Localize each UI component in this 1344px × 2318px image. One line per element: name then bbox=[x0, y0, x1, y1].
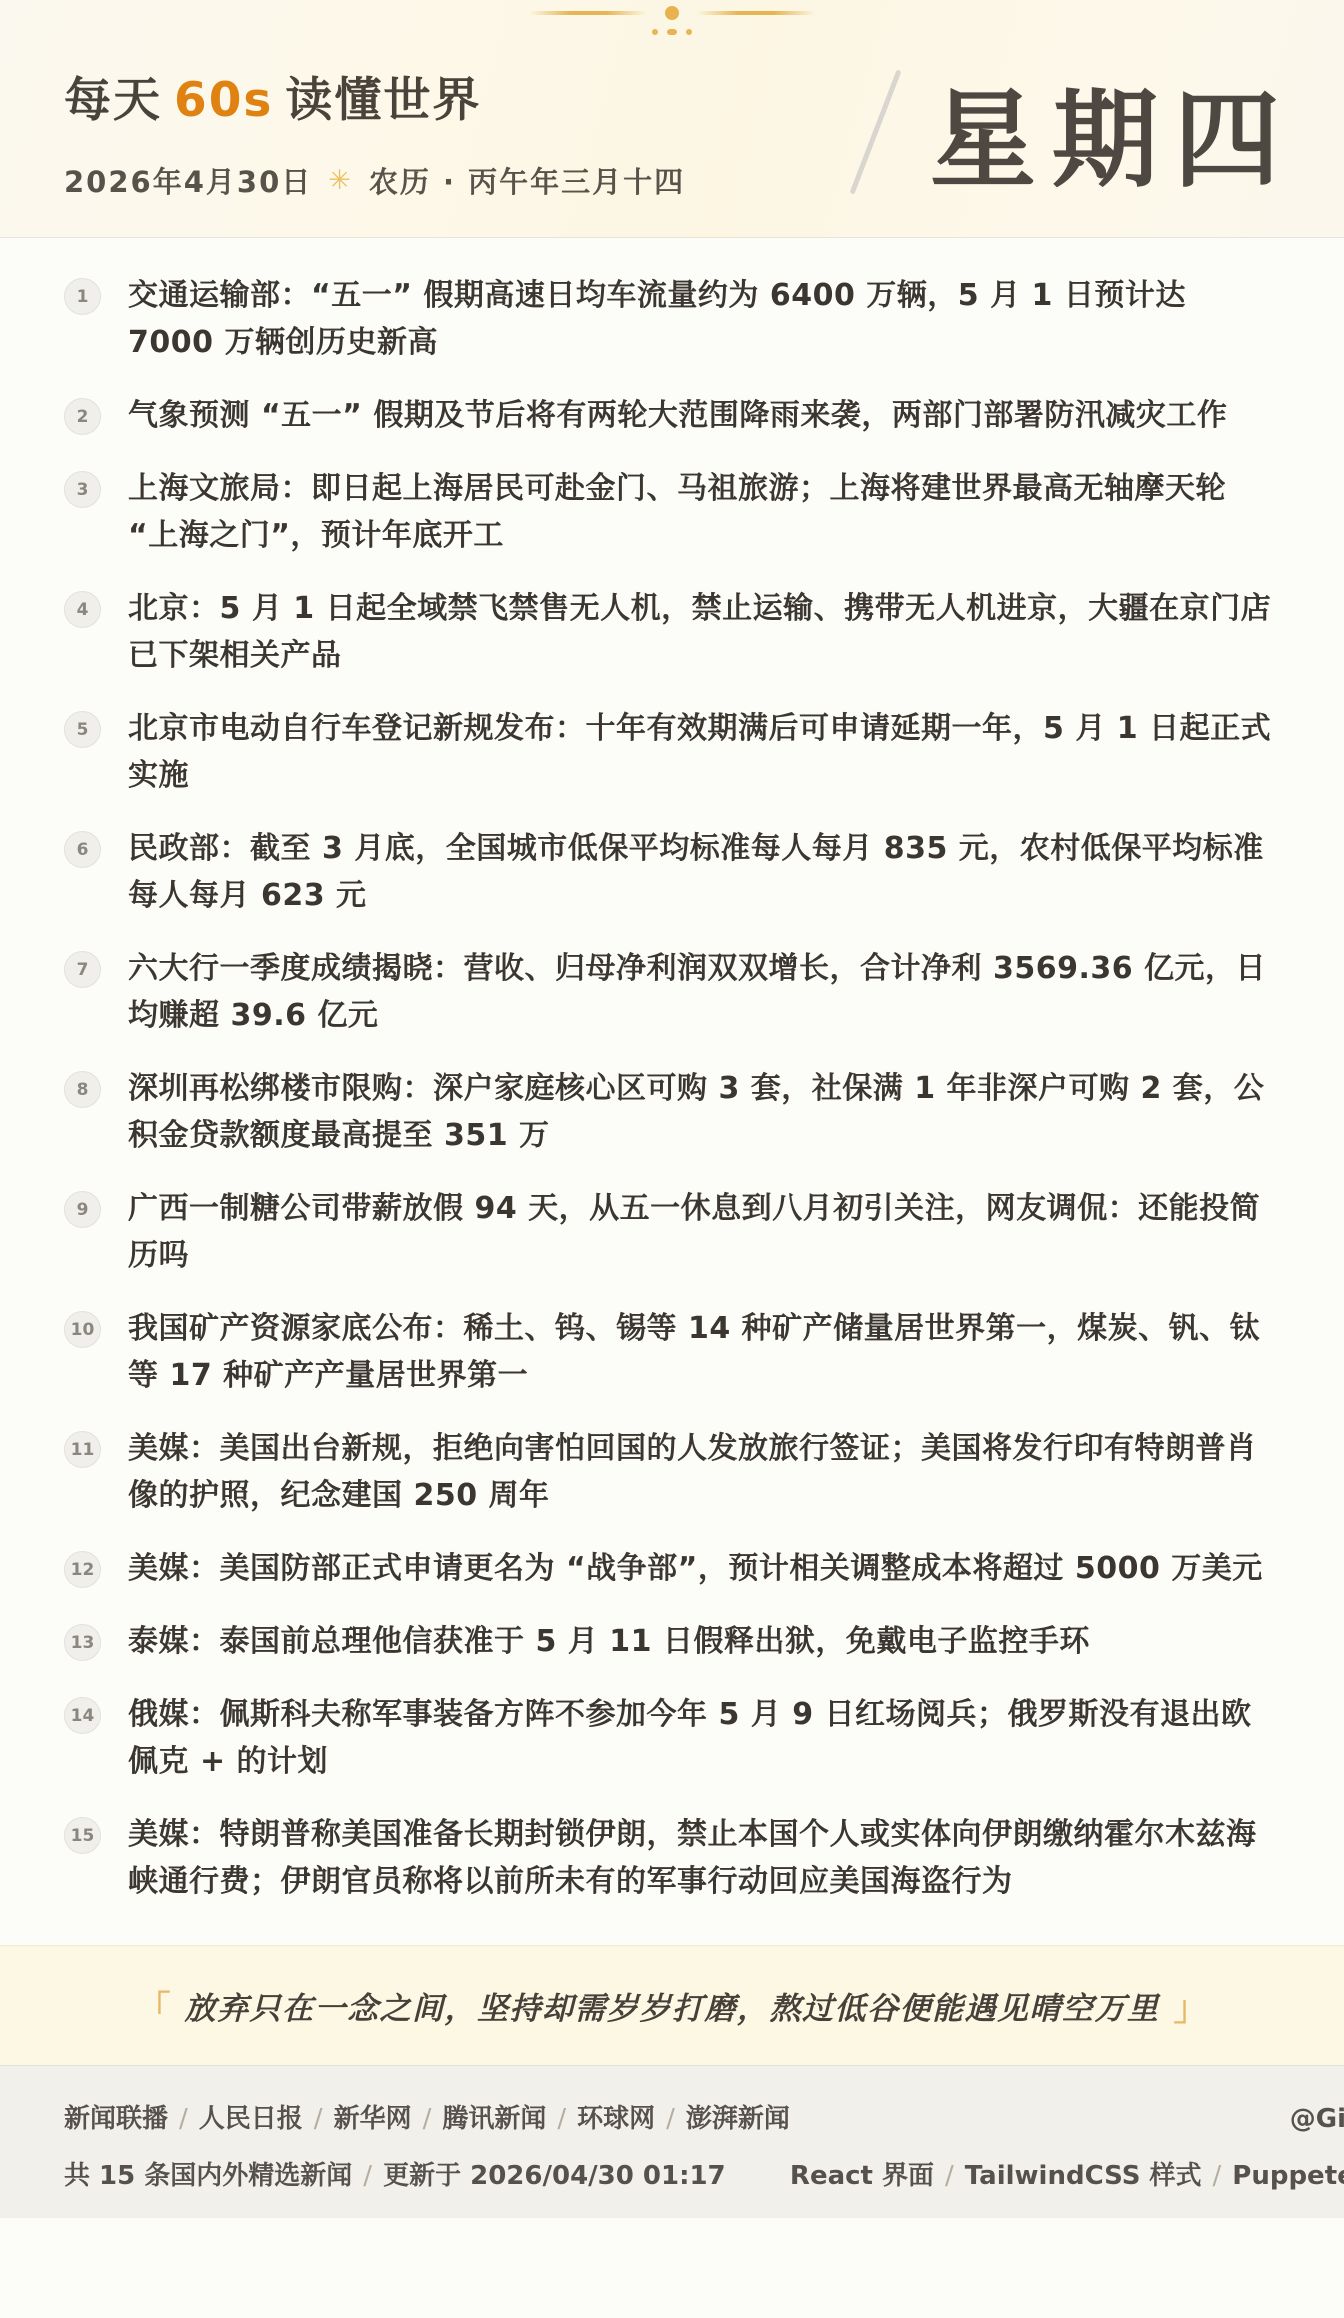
updated-at: 更新于 2026/04/30 01:17 bbox=[383, 2161, 726, 2191]
news-item-text: 美媒：美国防部正式申请更名为 “战争部”，预计相关调整成本将超过 5000 万美… bbox=[128, 1545, 1263, 1592]
item-number-badge: 14 bbox=[64, 1697, 101, 1734]
gregorian-date: 2026年4月30日 bbox=[64, 160, 312, 201]
news-item-text: 气象预测 “五一” 假期及节后将有两轮大范围降雨来袭，两部门部署防汛减灾工作 bbox=[128, 392, 1227, 439]
item-number-badge: 11 bbox=[64, 1431, 101, 1468]
github-handle: @GitHub vikiboss/60s bbox=[1290, 2102, 1344, 2136]
news-source: 新华网 bbox=[334, 2104, 412, 2134]
title-post: 读懂世界 bbox=[285, 73, 481, 128]
news-item: 7 六大行一季度成绩揭晓：营收、归母净利润双双增长，合计净利 3569.36 亿… bbox=[64, 945, 1280, 1039]
slash-divider-icon bbox=[850, 69, 902, 194]
quote-bracket-open: 「 bbox=[137, 1981, 171, 2030]
news-item: 2 气象预测 “五一” 假期及节后将有两轮大范围降雨来袭，两部门部署防汛减灾工作 bbox=[64, 392, 1280, 439]
news-item: 1 交通运输部：“五一” 假期高速日均车流量约为 6400 万辆，5 月 1 日… bbox=[64, 272, 1280, 366]
footer-right: @GitHub vikiboss/60s React 界面/TailwindCS… bbox=[790, 2102, 1344, 2218]
title-pre: 每天 bbox=[64, 73, 162, 128]
news-item-text: 北京：5 月 1 日起全域禁飞禁售无人机，禁止运输、携带无人机进京，大疆在京门店… bbox=[128, 585, 1280, 679]
item-number-badge: 9 bbox=[64, 1191, 101, 1228]
news-item-text: 民政部：截至 3 月底，全国城市低保平均标准每人每月 835 元，农村低保平均标… bbox=[128, 825, 1280, 919]
news-item: 4 北京：5 月 1 日起全域禁飞禁售无人机，禁止运输、携带无人机进京，大疆在京… bbox=[64, 585, 1280, 679]
news-source: 腾讯新闻 bbox=[442, 2104, 546, 2134]
news-item: 12 美媒：美国防部正式申请更名为 “战争部”，预计相关调整成本将超过 5000… bbox=[64, 1545, 1280, 1592]
news-source: 新闻联播 bbox=[64, 2104, 168, 2134]
lunar-date: 农历 · 丙午年三月十四 bbox=[369, 160, 685, 201]
news-item-text: 广西一制糖公司带薪放假 94 天，从五一休息到八月初引关注，网友调侃：还能投简历… bbox=[128, 1185, 1280, 1279]
item-number-badge: 3 bbox=[64, 471, 101, 508]
news-item-text: 交通运输部：“五一” 假期高速日均车流量约为 6400 万辆，5 月 1 日预计… bbox=[128, 272, 1280, 366]
news-item: 5 北京市电动自行车登记新规发布：十年有效期满后可申请延期一年，5 月 1 日起… bbox=[64, 705, 1280, 799]
item-number-badge: 7 bbox=[64, 951, 101, 988]
item-number-badge: 15 bbox=[64, 1817, 101, 1854]
news-item-text: 泰媒：泰国前总理他信获准于 5 月 11 日假释出狱，免戴电子监控手环 bbox=[128, 1618, 1090, 1665]
news-item: 9 广西一制糖公司带薪放假 94 天，从五一休息到八月初引关注，网友调侃：还能投… bbox=[64, 1185, 1280, 1279]
separator: / bbox=[423, 2104, 432, 2134]
tech-stack-item: TailwindCSS 样式 bbox=[965, 2161, 1202, 2191]
footer-left: 新闻联播/人民日报/新华网/腾讯新闻/环球网/澎湃新闻 共 15 条国内外精选新… bbox=[64, 2102, 790, 2218]
separator: / bbox=[666, 2104, 675, 2134]
separator: / bbox=[314, 2104, 323, 2134]
item-number-badge: 5 bbox=[64, 711, 101, 748]
header: 每天60s读懂世界 2026年4月30日 ✳ 农历 · 丙午年三月十四 星期四 bbox=[0, 0, 1344, 238]
news-source: 人民日报 bbox=[199, 2104, 303, 2134]
separator: / bbox=[1213, 2161, 1222, 2191]
news-count: 共 15 条国内外精选新闻 bbox=[64, 2161, 352, 2191]
news-item-text: 我国矿产资源家底公布：稀土、钨、锡等 14 种矿产储量居世界第一，煤炭、钒、钛等… bbox=[128, 1305, 1280, 1399]
news-sources-line: 新闻联播/人民日报/新华网/腾讯新闻/环球网/澎湃新闻 bbox=[64, 2102, 790, 2136]
news-list: 1 交通运输部：“五一” 假期高速日均车流量约为 6400 万辆，5 月 1 日… bbox=[0, 238, 1344, 1945]
news-item-text: 美媒：特朗普称美国准备长期封锁伊朗，禁止本国个人或实体向伊朗缴纳霍尔木兹海峡通行… bbox=[128, 1811, 1280, 1905]
news-source: 环球网 bbox=[577, 2104, 655, 2134]
news-item-text: 深圳再松绑楼市限购：深户家庭核心区可购 3 套，社保满 1 年非深户可购 2 套… bbox=[128, 1065, 1280, 1159]
news-item: 3 上海文旅局：即日起上海居民可赴金门、马祖旅游；上海将建世界最高无轴摩天轮 “… bbox=[64, 465, 1280, 559]
asterisk-icon: ✳ bbox=[328, 165, 353, 196]
news-source: 澎湃新闻 bbox=[686, 2104, 790, 2134]
news-item: 6 民政部：截至 3 月底，全国城市低保平均标准每人每月 835 元，农村低保平… bbox=[64, 825, 1280, 919]
footer-meta-line: 共 15 条国内外精选新闻/更新于 2026/04/30 01:17 bbox=[64, 2159, 790, 2193]
item-number-badge: 6 bbox=[64, 831, 101, 868]
weekday-block: 星期四 bbox=[873, 56, 1280, 208]
item-number-badge: 2 bbox=[64, 398, 101, 435]
quote-text: 放弃只在一念之间，坚持却需岁岁打磨，熬过低谷便能遇见晴空万里 bbox=[185, 1983, 1160, 2028]
item-number-badge: 10 bbox=[64, 1311, 101, 1348]
quote-bracket-close: 」 bbox=[1174, 1981, 1208, 2030]
news-item: 14 俄媒：佩斯科夫称军事装备方阵不参加今年 5 月 9 日红场阅兵；俄罗斯没有… bbox=[64, 1691, 1280, 1785]
tech-stack-line: React 界面/TailwindCSS 样式/Puppeteer 渲染/抖音美… bbox=[790, 2159, 1344, 2193]
news-item: 15 美媒：特朗普称美国准备长期封锁伊朗，禁止本国个人或实体向伊朗缴纳霍尔木兹海… bbox=[64, 1811, 1280, 1905]
item-number-badge: 1 bbox=[64, 278, 101, 315]
item-number-badge: 8 bbox=[64, 1071, 101, 1108]
page-title: 每天60s读懂世界 bbox=[64, 63, 685, 130]
item-number-badge: 12 bbox=[64, 1551, 101, 1588]
news-item: 13 泰媒：泰国前总理他信获准于 5 月 11 日假释出狱，免戴电子监控手环 bbox=[64, 1618, 1280, 1665]
news-item: 10 我国矿产资源家底公布：稀土、钨、锡等 14 种矿产储量居世界第一，煤炭、钒… bbox=[64, 1305, 1280, 1399]
item-number-badge: 4 bbox=[64, 591, 101, 628]
news-item: 11 美媒：美国出台新规，拒绝向害怕回国的人发放旅行签证；美国将发行印有特朗普肖… bbox=[64, 1425, 1280, 1519]
news-item-text: 美媒：美国出台新规，拒绝向害怕回国的人发放旅行签证；美国将发行印有特朗普肖像的护… bbox=[128, 1425, 1280, 1519]
news-item: 8 深圳再松绑楼市限购：深户家庭核心区可购 3 套，社保满 1 年非深户可购 2… bbox=[64, 1065, 1280, 1159]
separator: / bbox=[179, 2104, 188, 2134]
title-accent: 60s bbox=[174, 73, 273, 128]
weekday-label: 星期四 bbox=[930, 56, 1296, 208]
news-item-text: 俄媒：佩斯科夫称军事装备方阵不参加今年 5 月 9 日红场阅兵；俄罗斯没有退出欧… bbox=[128, 1691, 1280, 1785]
separator: / bbox=[557, 2104, 566, 2134]
footer: 新闻联播/人民日报/新华网/腾讯新闻/环球网/澎湃新闻 共 15 条国内外精选新… bbox=[0, 2066, 1344, 2218]
item-number-badge: 13 bbox=[64, 1624, 101, 1661]
tech-stack-item: React 界面 bbox=[790, 2161, 934, 2191]
news-item-text: 北京市电动自行车登记新规发布：十年有效期满后可申请延期一年，5 月 1 日起正式… bbox=[128, 705, 1280, 799]
date-row: 2026年4月30日 ✳ 农历 · 丙午年三月十四 bbox=[64, 160, 685, 201]
separator: / bbox=[363, 2161, 372, 2191]
tech-stack-item: Puppeteer 渲染 bbox=[1232, 2161, 1344, 2191]
quote-band: 「 放弃只在一念之间，坚持却需岁岁打磨，熬过低谷便能遇见晴空万里 」 bbox=[0, 1945, 1344, 2066]
separator: / bbox=[945, 2161, 954, 2191]
news-item-text: 上海文旅局：即日起上海居民可赴金门、马祖旅游；上海将建世界最高无轴摩天轮 “上海… bbox=[128, 465, 1280, 559]
news-digest-poster: { "colors": { "accent_orange": "#df8212"… bbox=[0, 0, 1344, 2318]
news-item-text: 六大行一季度成绩揭晓：营收、归母净利润双双增长，合计净利 3569.36 亿元，… bbox=[128, 945, 1280, 1039]
brand-block: 每天60s读懂世界 2026年4月30日 ✳ 农历 · 丙午年三月十四 bbox=[64, 63, 685, 201]
